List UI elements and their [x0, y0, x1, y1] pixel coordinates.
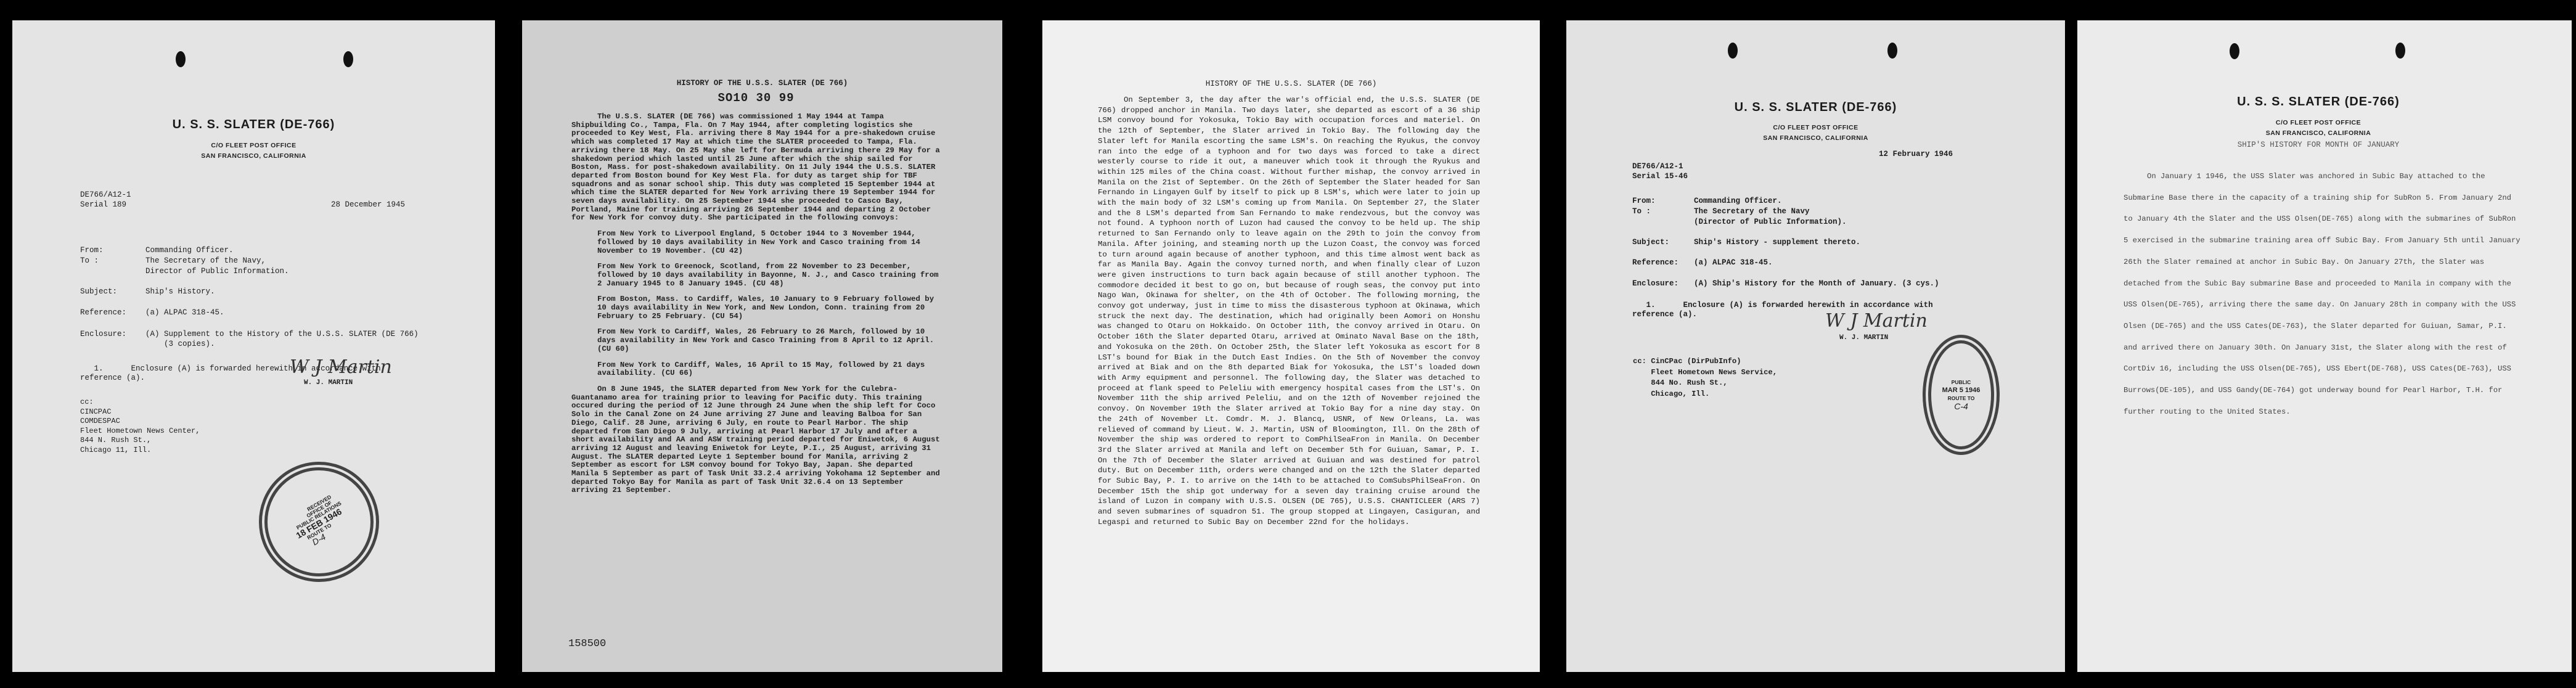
letterhead-address-2: SAN FRANCISCO, CALIFORNIA [1566, 133, 2065, 143]
convoy-entry: From New York to Cardiff, Wales, 16 Apri… [597, 361, 941, 378]
history-intro: The U.S.S. SLATER (DE 766) was commissio… [571, 113, 941, 223]
signature: W J Martin [1825, 310, 1928, 332]
subject-label: Subject: [1632, 238, 1674, 247]
letterhead-address-1: C/O FLEET POST OFFICE [1566, 123, 2065, 133]
letterhead-title: U. S. S. SLATER (DE-766) [12, 118, 495, 132]
from-value: Commanding Officer. [145, 246, 234, 255]
punch-hole-icon [1728, 43, 1738, 59]
convoy-entry: From Boston, Mass. to Cardiff, Wales, 10… [597, 295, 941, 321]
from-label: From: [80, 246, 122, 255]
history-body: On September 3, the day after the war's … [1098, 95, 1480, 528]
enclosure-value: (A) Ship's History for the Month of Janu… [1694, 279, 1939, 289]
signature: W J Martin [290, 356, 392, 378]
document-code: SO10 30 99 [510, 91, 1002, 105]
enclosure-value: (A) Supplement to the History of the U.S… [145, 330, 419, 339]
from-value: Commanding Officer. [1694, 197, 1782, 206]
file-reference: DE766/A12-1 [80, 190, 131, 200]
serial-number: Serial 189 [80, 200, 126, 210]
subject-value: Ship's History - supplement thereto. [1694, 238, 1860, 247]
page-5-january-history: U. S. S. SLATER (DE-766) C/O FLEET POST … [2077, 20, 2572, 672]
footer-number: 158500 [568, 638, 606, 650]
pacific-duty-paragraph: On 8 June 1945, the SLATER departed from… [571, 385, 941, 495]
letterhead-title: U. S. S. SLATER (DE-766) [2065, 95, 2572, 109]
page-4-cover-letter-1946: U. S. S. SLATER (DE-766) C/O FLEET POST … [1566, 20, 2065, 672]
letterhead-address-2: SAN FRANCISCO, CALIFORNIA [12, 151, 495, 161]
stamp-route-to: ROUTE TO [1948, 395, 1975, 401]
history-heading: HISTORY OF THE U.S.S. SLATER (DE 766) [1042, 80, 1540, 88]
signer-name: W. J. MARTIN [304, 379, 353, 387]
page-1-cover-letter-1945: U. S. S. SLATER (DE-766) C/O FLEET POST … [12, 20, 495, 672]
letterhead-address-1: C/O FLEET POST OFFICE [12, 141, 495, 150]
carbon-copy-list: cc: CinCPac (DirPubInfo) Fleet Hometown … [1633, 356, 1777, 399]
serial-number: Serial 15-46 [1632, 172, 1688, 181]
letter-date: 28 December 1945 [331, 200, 405, 210]
stamp-public: PUBLIC [1952, 379, 1971, 385]
letter-date: 12 February 1946 [1879, 150, 1953, 159]
subject-label: Subject: [80, 287, 122, 297]
subject-value: Ship's History. [145, 287, 215, 297]
to-label: To : [1632, 207, 1674, 216]
punch-hole-icon [1887, 43, 1897, 59]
punch-hole-icon [2230, 43, 2239, 59]
january-narrative: On January 1 1946, the USS Slater was an… [2124, 166, 2524, 422]
convoy-entry: From New York to Cardiff, Wales, 26 Febr… [597, 328, 941, 353]
letterhead-title: U. S. S. SLATER (DE-766) [1566, 100, 2065, 115]
convoy-entry: From New York to Liverpool England, 5 Oc… [597, 230, 941, 255]
letterhead-address-2: SAN FRANCISCO, CALIFORNIA [2065, 128, 2572, 138]
signer-name: W. J. MARTIN [1839, 334, 1888, 342]
to-value-2: Director of Public Information. [145, 267, 289, 276]
to-value: The Secretary of the Navy [1694, 207, 1810, 216]
reference-value: (a) ALPAC 318-45. [145, 308, 224, 317]
convoy-entry: From New York to Greenock, Scotland, fro… [597, 263, 941, 288]
to-value-2: (Director of Public Information). [1694, 218, 1847, 227]
enclosure-value-2: (3 copies). [145, 340, 215, 349]
punch-hole-icon [2395, 43, 2405, 59]
to-label: To : [80, 256, 122, 266]
letterhead-address-1: C/O FLEET POST OFFICE [2065, 118, 2572, 128]
received-date-stamp: RECEIVED OFFICE OF PUBLIC RELATIONS 18 F… [259, 462, 379, 582]
history-body: On January 1 1946, the USS Slater was an… [2124, 166, 2524, 422]
enclosure-label: Enclosure: [1632, 279, 1674, 289]
enclosure-label: Enclosure: [80, 330, 122, 339]
from-label: From: [1632, 197, 1674, 206]
file-reference: DE766/A12-1 [1632, 162, 1683, 171]
reference-label: Reference: [80, 308, 122, 317]
punch-hole-icon [176, 51, 186, 67]
stamp-date: MAR 5 1946 [1942, 385, 1981, 395]
history-body: The U.S.S. SLATER (DE 766) was commissio… [571, 113, 941, 495]
carbon-copy-list: cc: CINCPAC COMDESPAC Fleet Hometown New… [80, 398, 200, 455]
history-heading: SHIP'S HISTORY FOR MONTH OF JANUARY [2065, 141, 2572, 149]
page-3-history: HISTORY OF THE U.S.S. SLATER (DE 766) On… [1042, 20, 1540, 672]
stamp-route-code: C-4 [1954, 401, 1968, 411]
received-date-stamp: PUBLIC MAR 5 1946 ROUTE TO C-4 [1923, 335, 2000, 455]
to-value: The Secretary of the Navy, [145, 256, 266, 266]
history-narrative: On September 3, the day after the war's … [1098, 95, 1480, 528]
reference-label: Reference: [1632, 258, 1674, 268]
history-heading: HISTORY OF THE U.S.S. SLATER (DE 766) [522, 79, 1002, 88]
reference-value: (a) ALPAC 318-45. [1694, 258, 1773, 268]
punch-hole-icon [343, 51, 353, 67]
page-2-history: HISTORY OF THE U.S.S. SLATER (DE 766) SO… [522, 20, 1002, 672]
